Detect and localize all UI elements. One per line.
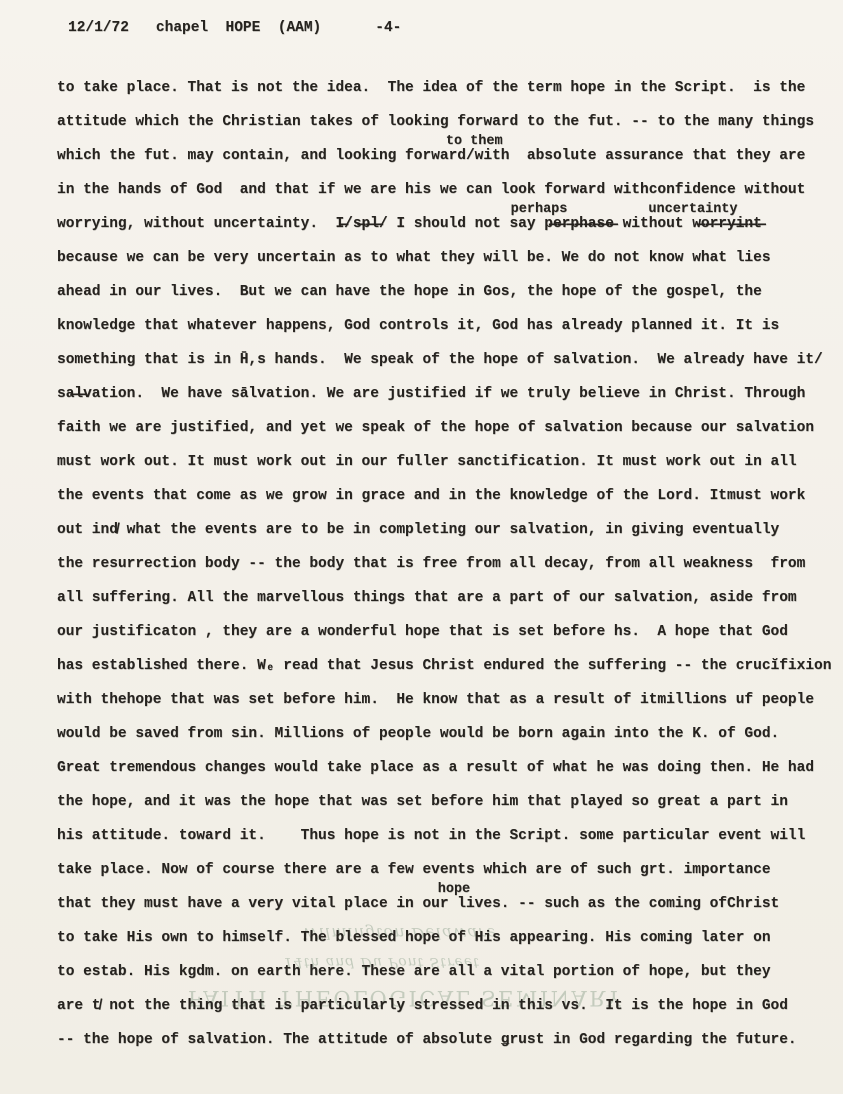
page-header: 12/1/72chapel HOPE (AAM)-4- (68, 20, 401, 36)
interline-correction: perhaps (511, 203, 568, 216)
typed-line: to take His own to himself. The blessed … (57, 921, 831, 955)
typed-line-text: with thehope that was set before him. He… (57, 692, 814, 708)
typed-line: would be saved from sin. Millions of peo… (57, 717, 831, 751)
typed-line: faith we are justified, and yet we speak… (57, 411, 831, 445)
typed-line: our justificaton , they are a wonderful … (57, 615, 831, 649)
typed-line: with thehope that was set before him. He… (57, 683, 831, 717)
typed-line: that they must have a very vital place i… (57, 887, 831, 921)
typed-line: the events that come as we grow in grace… (57, 479, 831, 513)
typed-line: are t̸ not the thing that is particularl… (57, 989, 831, 1023)
typed-line: something that is in H̄,s hands. We spea… (57, 343, 831, 377)
typed-line-text: -- the hope of salvation. The attitude o… (57, 1032, 797, 1048)
typed-line: all suffering. All the marvellous things… (57, 581, 831, 615)
typed-line-text: knowledge that whatever happens, God con… (57, 318, 779, 334)
typed-line-text: attitude which the Christian takes of lo… (57, 114, 814, 130)
typed-line: attitude which the Christian takes of lo… (57, 105, 831, 139)
typed-line-text: to estab. His kgdm. on earth here. These… (57, 964, 771, 980)
typed-line: his attitude. toward it. Thus hope is no… (57, 819, 831, 853)
typed-line-text: something that is in H̄,s hands. We spea… (57, 352, 823, 368)
typed-line-text: the hope, and it was the hope that was s… (57, 794, 788, 810)
typed-body: to take place. That is not the idea. The… (57, 71, 831, 1057)
scanned-typescript-page: Wilmington Delaware14th and Du Pont Stre… (0, 0, 843, 1094)
typed-line: -- the hope of salvation. The attitude o… (57, 1023, 831, 1057)
typed-line: has established there. Wₑ read that Jesu… (57, 649, 831, 683)
typed-line: Great tremendous changes would take plac… (57, 751, 831, 785)
typed-line-text: ahead in our lives. But we can have the … (57, 284, 762, 300)
typed-line-text: has established there. Wₑ read that Jesu… (57, 658, 831, 674)
typed-line: to estab. His kgdm. on earth here. These… (57, 955, 831, 989)
interline-correction: uncertainty (648, 203, 737, 216)
typed-line-text: that they must have a very vital place i… (57, 896, 779, 912)
typed-line-text: to take His own to himself. The blessed … (57, 930, 771, 946)
typed-line-text: out ind̸ what the events are to be in co… (57, 522, 779, 538)
header-date: 12/1/72 (68, 20, 129, 36)
header-title: chapel HOPE (AAM) (156, 20, 321, 36)
typed-line: knowledge that whatever happens, God con… (57, 309, 831, 343)
typed-line: because we can be very uncertain as to w… (57, 241, 831, 275)
typed-line: which the fut. may contain, and looking … (57, 139, 831, 173)
typed-line-text: the resurrection body -- the body that i… (57, 556, 805, 572)
typed-line-text: must work out. It must work out in our f… (57, 454, 797, 470)
typed-line-text: Great tremendous changes would take plac… (57, 760, 814, 776)
interline-correction: hope (438, 883, 470, 896)
typed-line-text: because we can be very uncertain as to w… (57, 250, 771, 266)
typed-line-text: his attitude. toward it. Thus hope is no… (57, 828, 805, 844)
typed-line-text: the events that come as we grow in grace… (57, 488, 805, 504)
typed-line: worrying, without uncertainty. I̶/s̶p̶l̶… (57, 207, 831, 241)
typed-line: sa̶l̶vation. We have sālvation. We are j… (57, 377, 831, 411)
typed-line-text: worrying, without uncertainty. I̶/s̶p̶l̶… (57, 216, 762, 232)
typed-line-text: sa̶l̶vation. We have sālvation. We are j… (57, 386, 805, 402)
header-page-number: -4- (375, 20, 401, 36)
typed-line-text: are t̸ not the thing that is particularl… (57, 998, 788, 1014)
typed-line: the hope, and it was the hope that was s… (57, 785, 831, 819)
typed-line: the resurrection body -- the body that i… (57, 547, 831, 581)
typed-line: out ind̸ what the events are to be in co… (57, 513, 831, 547)
typed-line: ahead in our lives. But we can have the … (57, 275, 831, 309)
typed-line: to take place. That is not the idea. The… (57, 71, 831, 105)
interline-correction: to them (446, 135, 503, 148)
typed-line-text: our justificaton , they are a wonderful … (57, 624, 788, 640)
typed-line-text: in the hands of God and that if we are h… (57, 182, 805, 198)
typed-line-text: would be saved from sin. Millions of peo… (57, 726, 779, 742)
typed-line-text: take place. Now of course there are a fe… (57, 862, 771, 878)
typed-line: must work out. It must work out in our f… (57, 445, 831, 479)
typed-line-text: which the fut. may contain, and looking … (57, 148, 805, 164)
typed-line-text: faith we are justified, and yet we speak… (57, 420, 814, 436)
typed-line-text: all suffering. All the marvellous things… (57, 590, 797, 606)
typed-line-text: to take place. That is not the idea. The… (57, 80, 805, 96)
